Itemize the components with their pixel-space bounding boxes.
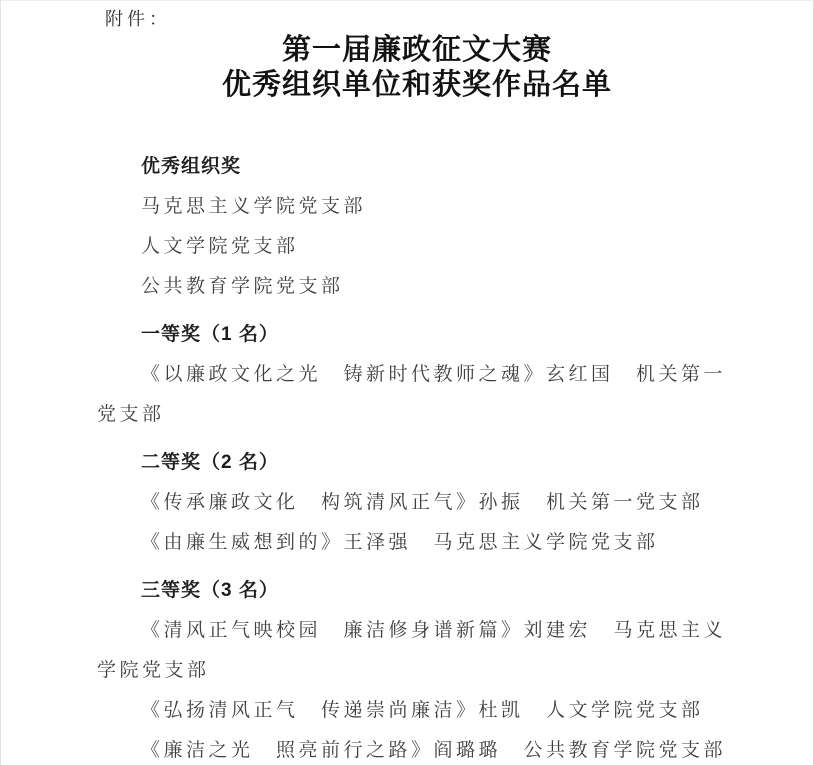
award-entry: 《清风正气映校园 廉洁修身谱新篇》刘建宏 马克思主义学院党支部 bbox=[97, 611, 737, 691]
document-page: 附件： 第一届廉政征文大赛 优秀组织单位和获奖作品名单 优秀组织奖 马克思主义学… bbox=[0, 0, 814, 765]
award-entry: 《以廉政文化之光 铸新时代教师之魂》玄红国 机关第一党支部 bbox=[97, 355, 737, 435]
award-entry: 《传承廉政文化 构筑清风正气》孙振 机关第一党支部 bbox=[97, 483, 737, 523]
section-heading-first-prize: 一等奖（1 名） bbox=[97, 315, 737, 355]
award-entry: 人文学院党支部 bbox=[97, 227, 737, 267]
award-entry: 《弘扬清风正气 传递崇尚廉洁》杜凯 人文学院党支部 bbox=[97, 691, 737, 731]
award-entry: 《廉洁之光 照亮前行之路》阎璐璐 公共教育学院党支部 bbox=[97, 731, 737, 765]
section-second-prize: 二等奖（2 名） 《传承廉政文化 构筑清风正气》孙振 机关第一党支部 《由廉生威… bbox=[97, 443, 737, 563]
section-first-prize: 一等奖（1 名） 《以廉政文化之光 铸新时代教师之魂》玄红国 机关第一党支部 bbox=[97, 315, 737, 435]
section-heading-third-prize: 三等奖（3 名） bbox=[97, 571, 737, 611]
section-heading-second-prize: 二等奖（2 名） bbox=[97, 443, 737, 483]
section-excellent-organization: 优秀组织奖 马克思主义学院党支部 人文学院党支部 公共教育学院党支部 bbox=[97, 147, 737, 307]
award-entry: 《由廉生威想到的》王泽强 马克思主义学院党支部 bbox=[97, 523, 737, 563]
attachment-label: 附件： bbox=[97, 1, 737, 31]
section-third-prize: 三等奖（3 名） 《清风正气映校园 廉洁修身谱新篇》刘建宏 马克思主义学院党支部… bbox=[97, 571, 737, 765]
document-title-line-1: 第一届廉政征文大赛 bbox=[282, 34, 552, 66]
section-heading-excellent-organization: 优秀组织奖 bbox=[97, 147, 737, 187]
document-title: 第一届廉政征文大赛 优秀组织单位和获奖作品名单 bbox=[97, 33, 737, 103]
award-entry: 马克思主义学院党支部 bbox=[97, 187, 737, 227]
document-title-line-2: 优秀组织单位和获奖作品名单 bbox=[222, 69, 612, 101]
award-entry: 公共教育学院党支部 bbox=[97, 267, 737, 307]
